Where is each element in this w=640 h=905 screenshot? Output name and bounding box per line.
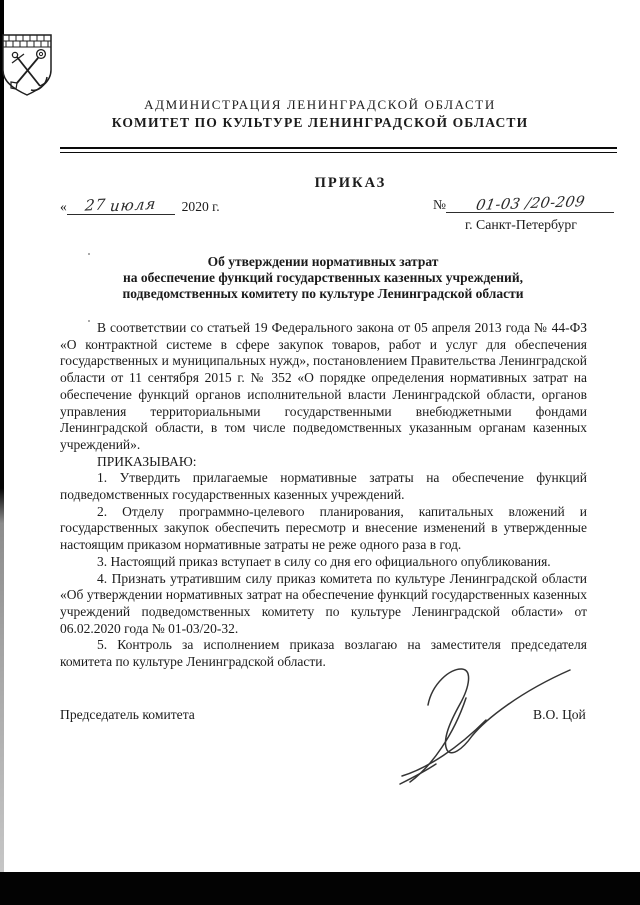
body-paragraph-prikazyvayu: ПРИКАЗЫВАЮ: (60, 454, 587, 471)
order-body: В соответствии со статьей 19 Федеральног… (60, 320, 587, 671)
date-field: «27 июля 2020 г. (60, 196, 220, 215)
body-paragraph-item-2: 2. Отделу программно-целевого планирован… (60, 504, 587, 554)
doc-title-line: подведомственных комитету по культуре Ле… (60, 286, 586, 302)
administration-name: АДМИНИСТРАЦИЯ ЛЕНИНГРАДСКОЙ ОБЛАСТИ (30, 97, 610, 113)
header-divider-rule (60, 147, 617, 153)
body-paragraph-item-1: 1. Утвердить прилагаемые нормативные зат… (60, 470, 587, 503)
doc-type-heading: ПРИКАЗ (60, 175, 586, 192)
number-label: № (433, 197, 446, 212)
date-blank-underline: 27 июля (67, 196, 175, 215)
doc-title-line: на обеспечение функций государственных к… (60, 270, 586, 286)
number-blank-underline: 01-03 /20-209 (446, 196, 614, 213)
city-line: г. Санкт-Петербург (425, 217, 617, 233)
committee-name: КОМИТЕТ ПО КУЛЬТУРЕ ЛЕНИНГРАДСКОЙ ОБЛАСТ… (30, 115, 610, 131)
doc-title-line: Об утверждении нормативных затрат (60, 254, 586, 270)
date-opening-quote: « (60, 199, 67, 214)
number-value-handwritten: 01-03 /20-209 (474, 194, 586, 214)
coat-of-arms-leningrad-oblast-icon (0, 32, 54, 98)
date-day-handwritten: 27 (84, 195, 107, 214)
signature-stroke-icon (398, 660, 576, 788)
body-paragraph-preamble: В соответствии со статьей 19 Федеральног… (60, 320, 587, 454)
number-field: №01-03 /20-209 (433, 196, 614, 213)
signature-autograph (398, 660, 576, 788)
left-edge-scan-artifact (0, 0, 4, 872)
scanned-order-page: { "header": { "emblem": "coat-of-arms-le… (0, 0, 640, 905)
date-year: 2020 г. (182, 199, 220, 214)
body-paragraph-item-3: 3. Настоящий приказ вступает в силу со д… (60, 554, 587, 571)
body-paragraph-item-4: 4. Признать утратившим силу приказ комит… (60, 571, 587, 638)
header-emblem (0, 32, 640, 98)
header-org-block: АДМИНИСТРАЦИЯ ЛЕНИНГРАДСКОЙ ОБЛАСТИ КОМИ… (30, 97, 610, 131)
signature-position: Председатель комитета (60, 707, 195, 723)
date-month-handwritten: июля (109, 195, 157, 216)
doc-title: Об утверждении нормативных затрат на обе… (60, 254, 586, 302)
bottom-scan-band (0, 872, 640, 905)
